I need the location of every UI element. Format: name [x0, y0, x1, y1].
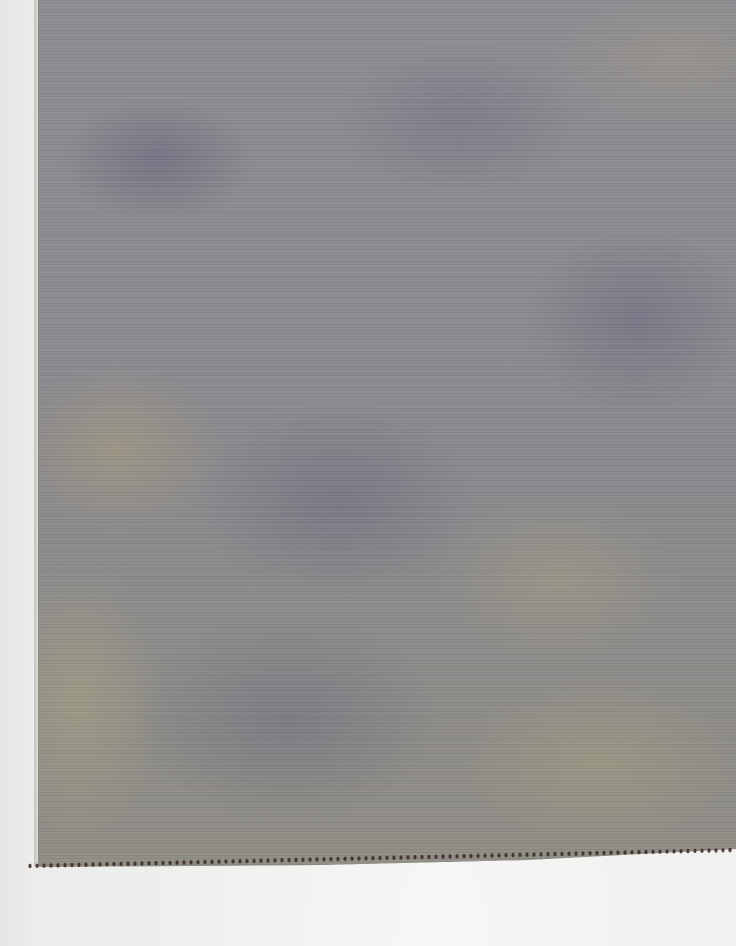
photo-scene	[0, 0, 736, 946]
rug-surface	[38, 0, 736, 946]
rug-left-edge	[34, 0, 40, 866]
